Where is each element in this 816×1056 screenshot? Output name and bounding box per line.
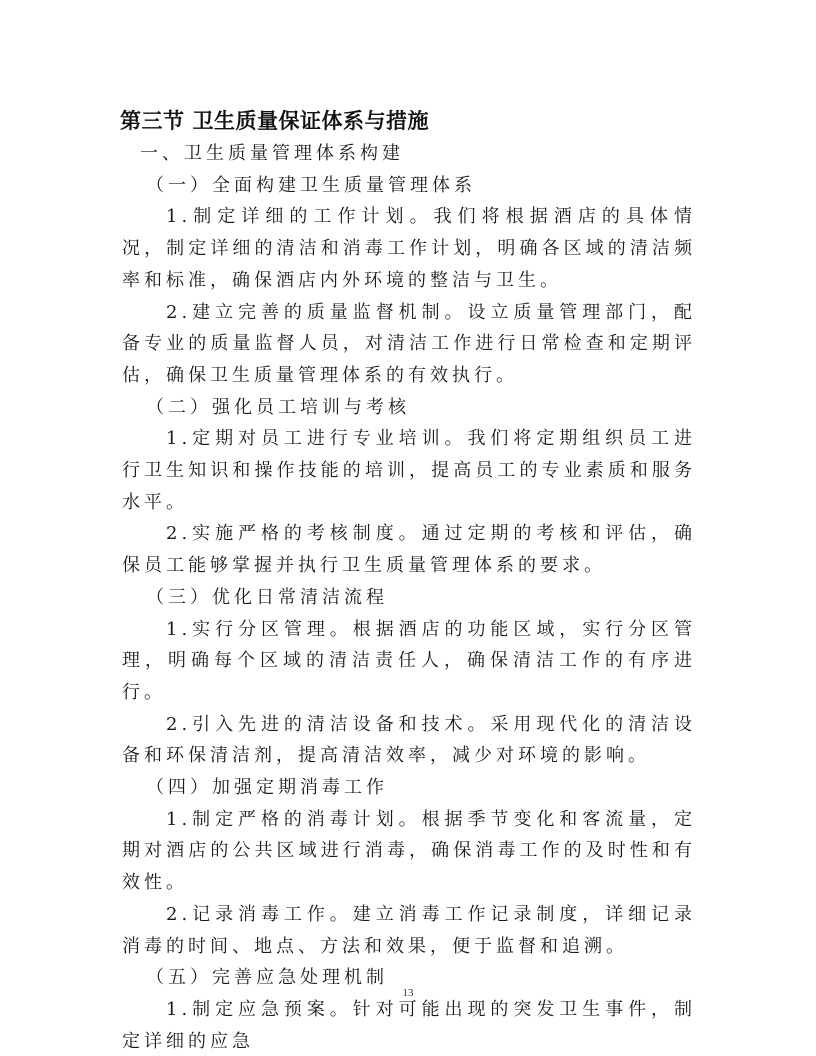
heading-level1: 一、卫生质量管理体系构建 bbox=[122, 138, 696, 170]
section-number: 第三节 bbox=[120, 109, 185, 133]
page-number: 13 bbox=[0, 987, 816, 999]
heading-level2: （三）优化日常清洁流程 bbox=[122, 582, 696, 614]
page-content: 第三节卫生质量保证体系与措施 一、卫生质量管理体系构建 （一）全面构建卫生质量管… bbox=[122, 104, 696, 1056]
paragraph: 1.定期对员工进行专业培训。我们将定期组织员工进行卫生知识和操作技能的培训，提高… bbox=[122, 423, 696, 518]
paragraph: 1.制定详细的工作计划。我们将根据酒店的具体情况，制定详细的清洁和消毒工作计划，… bbox=[122, 201, 696, 296]
document-page: 第三节卫生质量保证体系与措施 一、卫生质量管理体系构建 （一）全面构建卫生质量管… bbox=[0, 0, 816, 1056]
paragraph: 2.实施严格的考核制度。通过定期的考核和评估，确保员工能够掌握并执行卫生质量管理… bbox=[122, 518, 696, 581]
paragraph: 1.制定严格的消毒计划。根据季节变化和客流量，定期对酒店的公共区域进行消毒，确保… bbox=[122, 804, 696, 899]
heading-level2: （一）全面构建卫生质量管理体系 bbox=[122, 170, 696, 202]
section-title: 第三节卫生质量保证体系与措施 bbox=[120, 104, 696, 138]
heading-level2: （二）强化员工培训与考核 bbox=[122, 392, 696, 424]
paragraph: 2.记录消毒工作。建立消毒工作记录制度，详细记录消毒的时间、地点、方法和效果，便… bbox=[122, 899, 696, 962]
paragraph: 1.实行分区管理。根据酒店的功能区域，实行分区管理，明确每个区域的清洁责任人，确… bbox=[122, 614, 696, 709]
paragraph: 2.引入先进的清洁设备和技术。采用现代化的清洁设备和环保清洁剂，提高清洁效率，减… bbox=[122, 709, 696, 772]
paragraph: 2.建立完善的质量监督机制。设立质量管理部门，配备专业的质量监督人员，对清洁工作… bbox=[122, 297, 696, 392]
paragraph: 1.制定应急预案。针对可能出现的突发卫生事件，制定详细的应急 bbox=[122, 994, 696, 1056]
section-title-text: 卫生质量保证体系与措施 bbox=[193, 109, 430, 133]
heading-level2: （四）加强定期消毒工作 bbox=[122, 772, 696, 804]
